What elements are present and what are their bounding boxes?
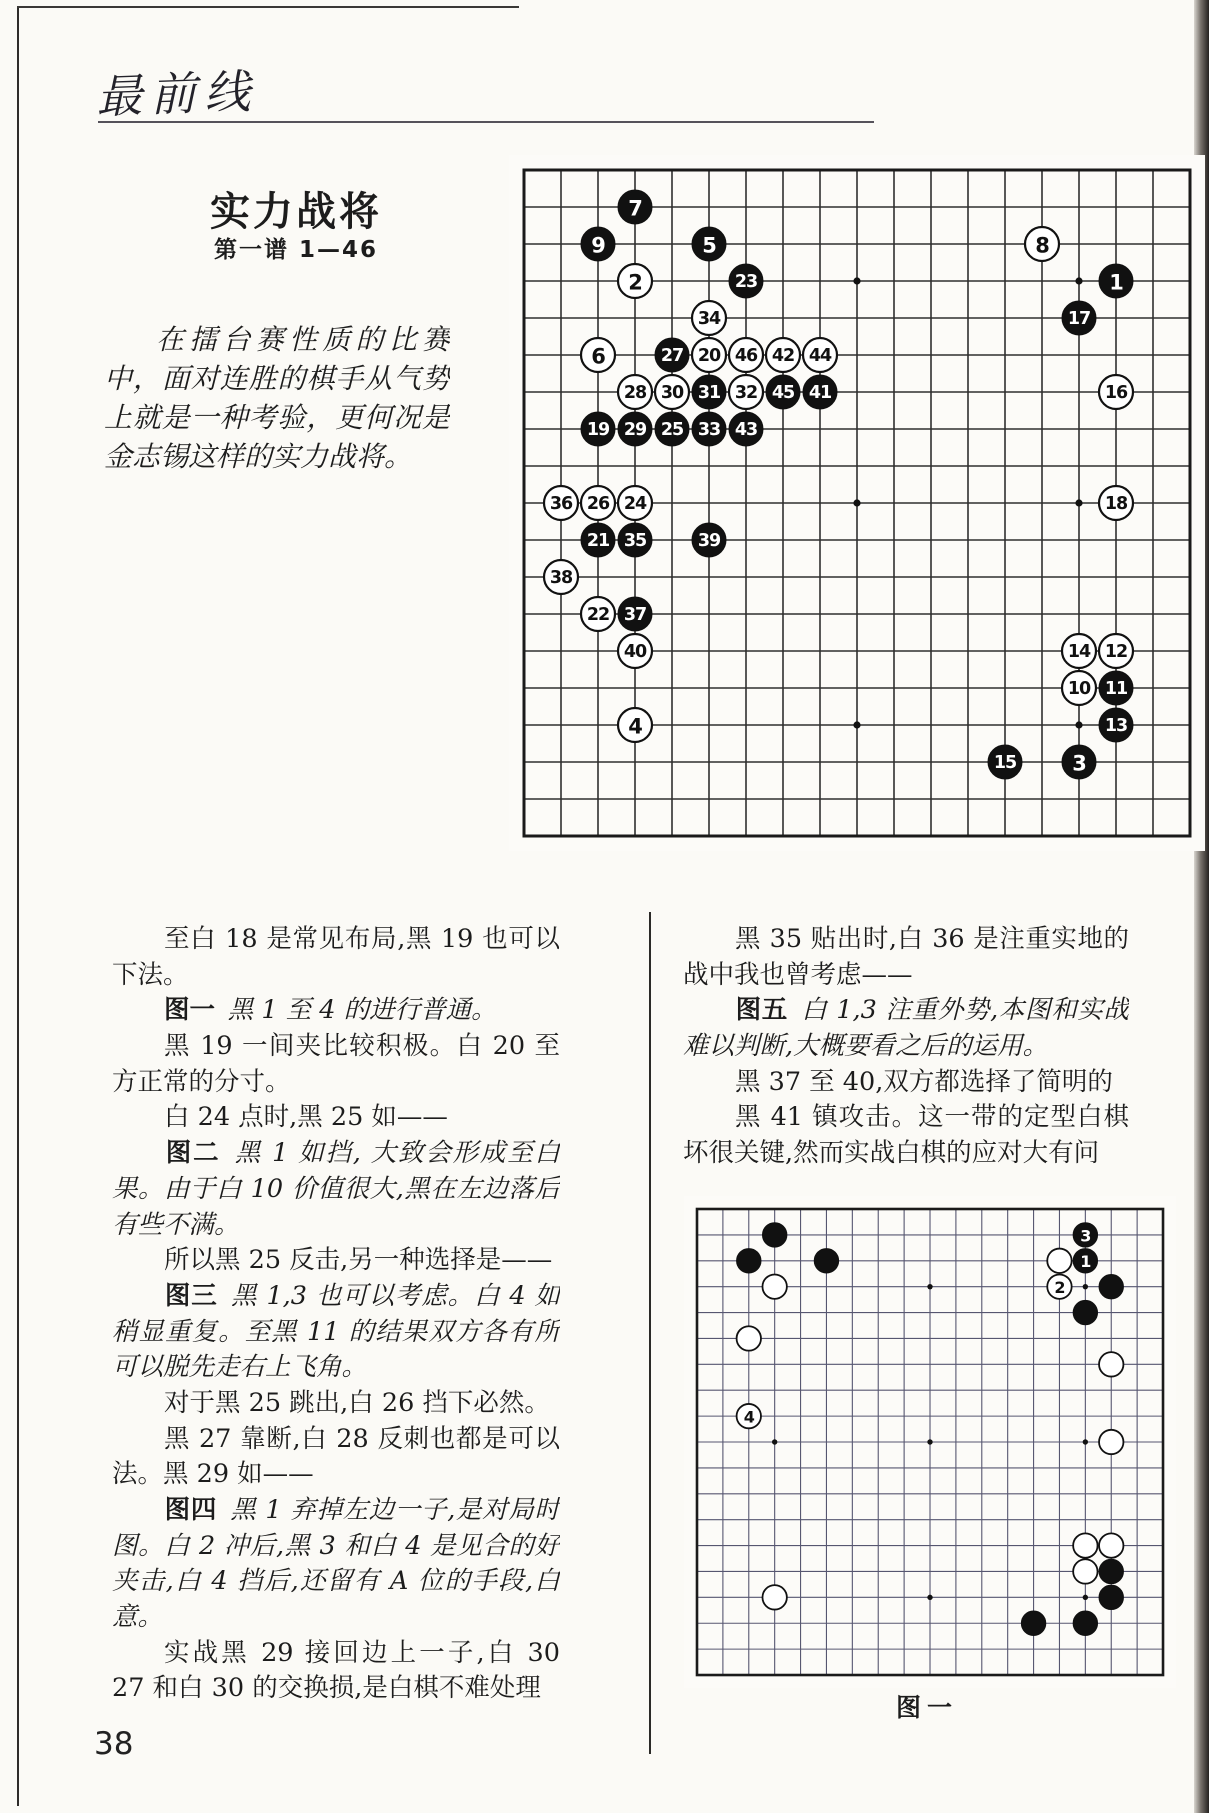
black-stone-25: 25 — [655, 412, 689, 446]
svg-text:25: 25 — [661, 420, 683, 440]
chapter-title: 实力战将 — [148, 180, 444, 237]
svg-text:28: 28 — [624, 383, 647, 403]
white-stone-4: 4 — [737, 1404, 761, 1428]
white-stone-36: 36 — [544, 486, 578, 520]
svg-text:38: 38 — [550, 568, 573, 588]
black-stone — [1073, 1611, 1097, 1635]
text-line: 图二 黑 1 如挡, 大致会形成至白 10 的结 — [112, 1136, 560, 1172]
page-edge-line-left — [17, 6, 19, 1806]
black-stone-31: 31 — [692, 375, 726, 409]
svg-text:19: 19 — [587, 420, 610, 440]
text-line: 可以脱先走右上飞角。 — [112, 1350, 560, 1386]
text-line: 图一 黑 1 至 4 的进行普通。 — [112, 993, 560, 1029]
star-point — [1083, 1439, 1088, 1444]
text-line: 坏很关键,然而实战白棋的应对大有问题。 — [683, 1136, 1129, 1172]
text-line: 黑 19 一间夹比较积极。白 20 至黑 23 是双 — [112, 1029, 560, 1065]
svg-text:34: 34 — [698, 309, 721, 329]
svg-text:35: 35 — [624, 531, 646, 551]
commentary-column-right: 黑 35 贴出时,白 36 是注重实地的下法。实战中我也曾考虑——图五 白 1,… — [683, 922, 1129, 1172]
svg-text:20: 20 — [698, 346, 721, 366]
svg-text:11: 11 — [1105, 679, 1127, 699]
svg-text:1: 1 — [1109, 270, 1123, 294]
svg-text:9: 9 — [591, 233, 605, 257]
text-line: 意。 — [112, 1600, 560, 1636]
figure-label: 图五 — [735, 995, 788, 1025]
svg-text:2: 2 — [1054, 1278, 1064, 1297]
svg-text:29: 29 — [624, 420, 647, 440]
white-stone-30: 30 — [655, 375, 689, 409]
figure-label: 图二 — [164, 1138, 220, 1168]
svg-text:27: 27 — [661, 346, 683, 366]
black-stone-43: 43 — [729, 412, 763, 446]
svg-text:43: 43 — [735, 420, 757, 440]
text-line: 金志锡这样的实力战将。 — [104, 439, 450, 478]
diagram-subtitle: 第一谱 1—46 — [148, 231, 444, 264]
text-line: 图。白 2 冲后,黑 3 和白 4 是见合的好点。黑 3 如 — [112, 1529, 560, 1565]
svg-text:16: 16 — [1105, 383, 1128, 403]
svg-text:5: 5 — [702, 233, 716, 257]
svg-text:6: 6 — [591, 344, 605, 368]
black-stone-45: 45 — [766, 375, 800, 409]
svg-text:10: 10 — [1068, 679, 1091, 699]
svg-text:17: 17 — [1068, 309, 1090, 329]
black-stone-29: 29 — [618, 412, 652, 446]
white-stone — [1099, 1533, 1123, 1557]
black-stone-13: 13 — [1099, 708, 1133, 742]
text-line: 白 24 点时,黑 25 如—— — [112, 1100, 560, 1136]
black-stone — [1099, 1559, 1123, 1583]
text-line: 夹击,白 4 挡后,还留有 A 位的手段,白棋可以满 — [112, 1564, 560, 1600]
white-stone — [1073, 1559, 1097, 1583]
svg-text:24: 24 — [624, 494, 647, 514]
black-stone — [1021, 1611, 1045, 1635]
black-stone-19: 19 — [581, 412, 615, 446]
text-line: 至白 18 是常见布局,黑 19 也可以选择别的 — [112, 922, 560, 958]
text-line: 战中我也曾考虑—— — [683, 958, 1129, 994]
svg-text:21: 21 — [587, 531, 609, 551]
text-line: 图四 黑 1 弃掉左边一子,是对局时的预想 — [112, 1493, 560, 1529]
star-point — [927, 1595, 932, 1600]
black-stone-23: 23 — [729, 264, 763, 298]
white-stone-2: 2 — [1047, 1274, 1071, 1298]
intro-paragraph: 在擂台赛性质的比赛中，面对连胜的棋手从气势上就是一种考验，更何况是金志锡这样的实… — [104, 322, 450, 478]
star-point — [853, 721, 860, 728]
black-stone — [762, 1223, 786, 1247]
svg-text:3: 3 — [1080, 1226, 1090, 1245]
svg-text:1: 1 — [1080, 1252, 1091, 1271]
figure-one-board: 1234 — [684, 1196, 1176, 1688]
star-point — [1075, 721, 1082, 728]
black-stone — [1099, 1274, 1123, 1298]
commentary-column-left: 至白 18 是常见布局,黑 19 也可以选择别的下法。图一 黑 1 至 4 的进… — [112, 922, 560, 1707]
text-line: 中，面对连胜的棋手从气势 — [104, 361, 450, 400]
white-stone — [1099, 1430, 1123, 1454]
black-stone-33: 33 — [692, 412, 726, 446]
svg-text:23: 23 — [735, 272, 757, 292]
svg-text:40: 40 — [624, 642, 647, 662]
black-stone-15: 15 — [988, 745, 1022, 779]
white-stone-42: 42 — [766, 338, 800, 372]
black-stone — [814, 1249, 838, 1273]
black-stone-7: 7 — [618, 190, 652, 224]
svg-text:15: 15 — [994, 753, 1016, 773]
black-stone-1: 1 — [1073, 1249, 1097, 1273]
svg-text:4: 4 — [744, 1408, 755, 1427]
star-point — [927, 1439, 932, 1444]
white-stone — [737, 1326, 761, 1350]
black-stone-3: 3 — [1073, 1223, 1097, 1247]
white-stone — [1073, 1533, 1097, 1557]
svg-text:41: 41 — [809, 383, 831, 403]
white-stone-10: 10 — [1062, 671, 1096, 705]
black-stone-3: 3 — [1062, 745, 1096, 779]
white-stone-2: 2 — [618, 264, 652, 298]
white-stone-12: 12 — [1099, 634, 1133, 668]
figure-caption: 图一 — [684, 1688, 1170, 1724]
text-line: 黑 35 贴出时,白 36 是注重实地的下法。实 — [683, 922, 1129, 958]
svg-text:33: 33 — [698, 420, 720, 440]
white-stone — [762, 1585, 786, 1609]
svg-text:2: 2 — [628, 270, 642, 294]
svg-text:4: 4 — [628, 714, 642, 738]
white-stone-8: 8 — [1025, 227, 1059, 261]
white-stone-24: 24 — [618, 486, 652, 520]
text-line: 法。黑 29 如—— — [112, 1457, 560, 1493]
figure-label: 图三 — [164, 1281, 218, 1311]
black-stone-35: 35 — [618, 523, 652, 557]
svg-text:8: 8 — [1035, 233, 1049, 257]
text-line: 27 和白 30 的交换损,是白棋不难处理的形状。 — [112, 1671, 560, 1707]
svg-text:3: 3 — [1072, 751, 1086, 775]
black-stone-39: 39 — [692, 523, 726, 557]
figure-label: 图四 — [164, 1495, 217, 1525]
star-point — [853, 277, 860, 284]
text-line: 上就是一种考验，更何况是 — [104, 400, 450, 439]
page-edge-line-top — [17, 6, 519, 8]
white-stone-34: 34 — [692, 301, 726, 335]
star-point — [1075, 277, 1082, 284]
star-point — [853, 499, 860, 506]
text-line: 果。由于白 10 价值很大,黑在左边落后手,多少 — [112, 1172, 560, 1208]
text-line: 难以判断,大概要看之后的运用。 — [683, 1029, 1129, 1065]
header-rule — [98, 121, 874, 123]
svg-text:42: 42 — [772, 346, 794, 366]
svg-text:26: 26 — [587, 494, 610, 514]
black-stone — [1073, 1300, 1097, 1324]
white-stone — [1099, 1352, 1123, 1376]
svg-text:32: 32 — [735, 383, 757, 403]
white-stone-38: 38 — [544, 560, 578, 594]
white-stone-40: 40 — [618, 634, 652, 668]
text-line: 下法。 — [112, 958, 560, 994]
section-header-calligraphy: 最前线 — [95, 55, 259, 127]
black-stone-27: 27 — [655, 338, 689, 372]
text-line: 方正常的分寸。 — [112, 1065, 560, 1101]
text-line: 有些不满。 — [112, 1208, 560, 1244]
white-stone-26: 26 — [581, 486, 615, 520]
text-line: 图三 黑 1,3 也可以考虑。白 4 如在 A 位接 — [112, 1279, 560, 1315]
text-line: 黑 41 镇攻击。这一带的定型白棋处理得好 — [683, 1100, 1129, 1136]
text-line: 黑 27 靠断,白 28 反刺也都是可以预见的下 — [112, 1422, 560, 1458]
svg-text:31: 31 — [698, 383, 720, 403]
white-stone — [1047, 1249, 1071, 1273]
svg-text:44: 44 — [809, 346, 832, 366]
white-stone-16: 16 — [1099, 375, 1133, 409]
white-stone-14: 14 — [1062, 634, 1096, 668]
star-point — [1083, 1284, 1088, 1289]
column-divider — [649, 912, 651, 1754]
star-point — [927, 1284, 932, 1289]
white-stone-4: 4 — [618, 708, 652, 742]
svg-text:12: 12 — [1105, 642, 1127, 662]
svg-text:14: 14 — [1068, 642, 1091, 662]
page-number: 38 — [94, 1726, 133, 1762]
figure-label: 图一 — [164, 995, 215, 1025]
black-stone-17: 17 — [1062, 301, 1096, 335]
black-stone-11: 11 — [1099, 671, 1133, 705]
svg-text:7: 7 — [628, 196, 642, 220]
white-stone-32: 32 — [729, 375, 763, 409]
svg-text:39: 39 — [698, 531, 721, 551]
black-stone-41: 41 — [803, 375, 837, 409]
black-stone-9: 9 — [581, 227, 615, 261]
text-line: 对于黑 25 跳出,白 26 挡下必然。 — [112, 1386, 560, 1422]
main-game-board: 1234567891011121314151617181920212223242… — [509, 155, 1205, 851]
svg-text:22: 22 — [587, 605, 609, 625]
white-stone-20: 20 — [692, 338, 726, 372]
white-stone-28: 28 — [618, 375, 652, 409]
svg-text:36: 36 — [550, 494, 573, 514]
star-point — [1083, 1595, 1088, 1600]
text-line: 在擂台赛性质的比赛 — [104, 322, 450, 361]
white-stone-46: 46 — [729, 338, 763, 372]
svg-text:13: 13 — [1105, 716, 1127, 736]
black-stone-21: 21 — [581, 523, 615, 557]
white-stone-6: 6 — [581, 338, 615, 372]
black-stone — [1099, 1585, 1123, 1609]
svg-text:46: 46 — [735, 346, 758, 366]
svg-text:37: 37 — [624, 605, 646, 625]
text-line: 实战黑 29 接回边上一子,白 30 冲。由于黑 — [112, 1636, 560, 1672]
black-stone-1: 1 — [1099, 264, 1133, 298]
white-stone-18: 18 — [1099, 486, 1133, 520]
svg-text:30: 30 — [661, 383, 684, 403]
text-line: 所以黑 25 反击,另一种选择是—— — [112, 1243, 560, 1279]
black-stone-5: 5 — [692, 227, 726, 261]
star-point — [772, 1439, 777, 1444]
white-stone — [762, 1274, 786, 1298]
svg-text:18: 18 — [1105, 494, 1128, 514]
white-stone-44: 44 — [803, 338, 837, 372]
white-stone-22: 22 — [581, 597, 615, 631]
text-line: 黑 37 至 40,双方都选择了简明的应对。 — [683, 1065, 1129, 1101]
black-stone — [737, 1249, 761, 1273]
text-line: 图五 白 1,3 注重外势,本图和实战的好坏 — [683, 993, 1129, 1029]
star-point — [1075, 499, 1082, 506]
svg-text:45: 45 — [772, 383, 794, 403]
black-stone-37: 37 — [618, 597, 652, 631]
text-line: 稍显重复。至黑 11 的结果双方各有所得,之后白 — [112, 1315, 560, 1351]
